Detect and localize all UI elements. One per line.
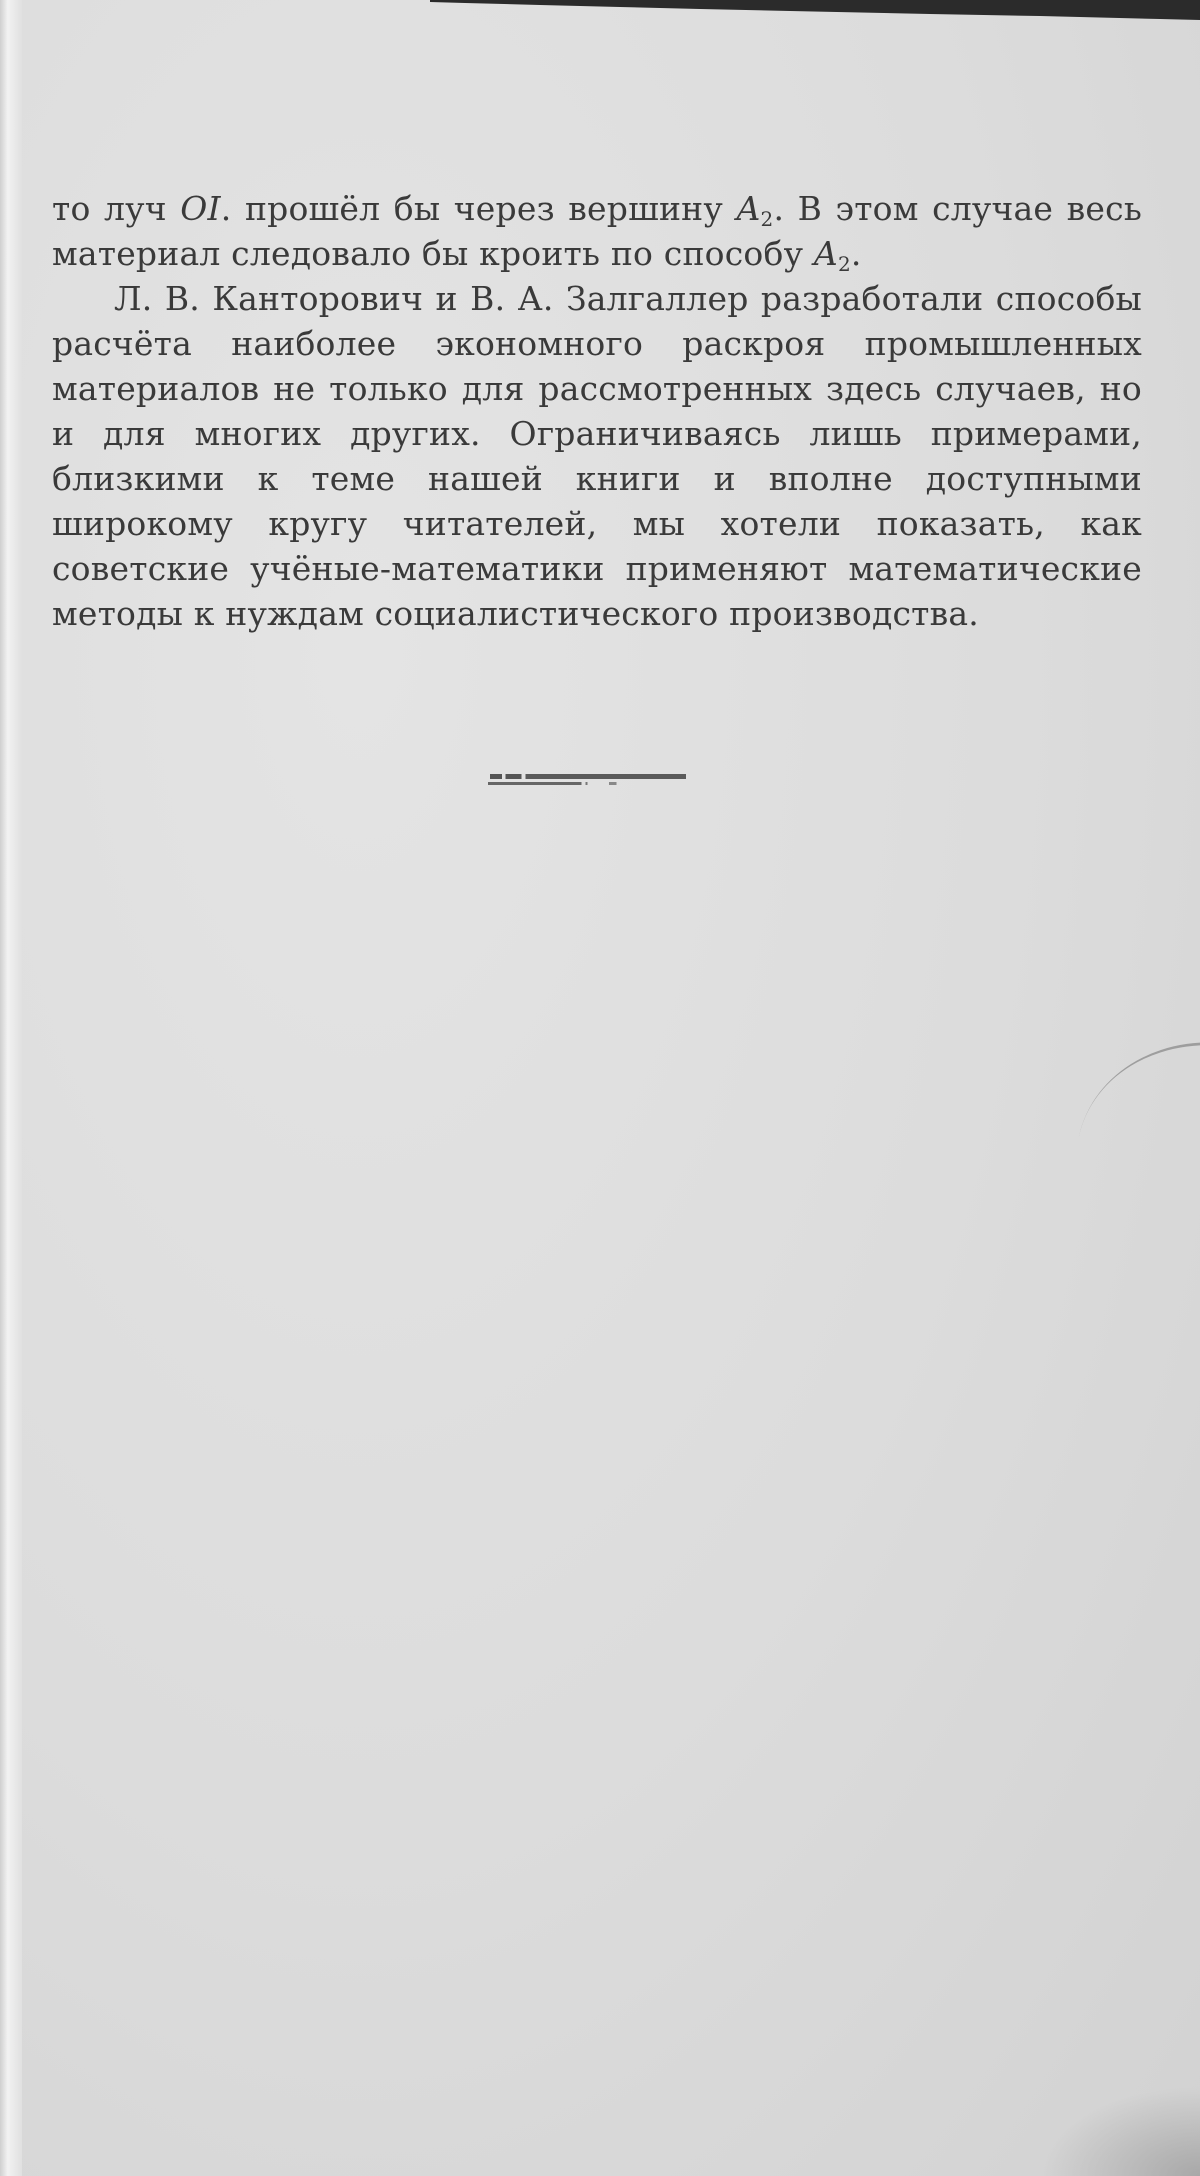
text-run: то луч <box>52 189 180 228</box>
math-method-label: A2 <box>814 234 851 273</box>
paragraph-conclusion: Л. В. Канторович и В. А. Залгаллер разра… <box>52 276 1142 636</box>
paragraph-continuation: то луч OI. прошёл бы через вершину A2. В… <box>52 186 1142 276</box>
book-page: то луч OI. прошёл бы через вершину A2. В… <box>0 0 1200 2176</box>
rule-thin-line <box>488 782 683 785</box>
math-vertex-label: A2 <box>736 189 773 228</box>
text-run: . <box>851 234 862 273</box>
page-corner-shadow <box>1040 2086 1200 2176</box>
body-text: то луч OI. прошёл бы через вершину A2. В… <box>52 186 1142 636</box>
text-run: . В этом случае <box>773 189 1053 228</box>
page-gutter-shadow <box>0 0 22 2176</box>
page-curl-mark <box>1079 1017 1200 1166</box>
math-ray-label: OI <box>180 189 221 228</box>
text-run: . прошёл бы через вершину <box>221 189 737 228</box>
section-end-rule <box>488 774 688 788</box>
rule-thick-line <box>490 774 686 779</box>
scan-top-border <box>0 0 1200 22</box>
